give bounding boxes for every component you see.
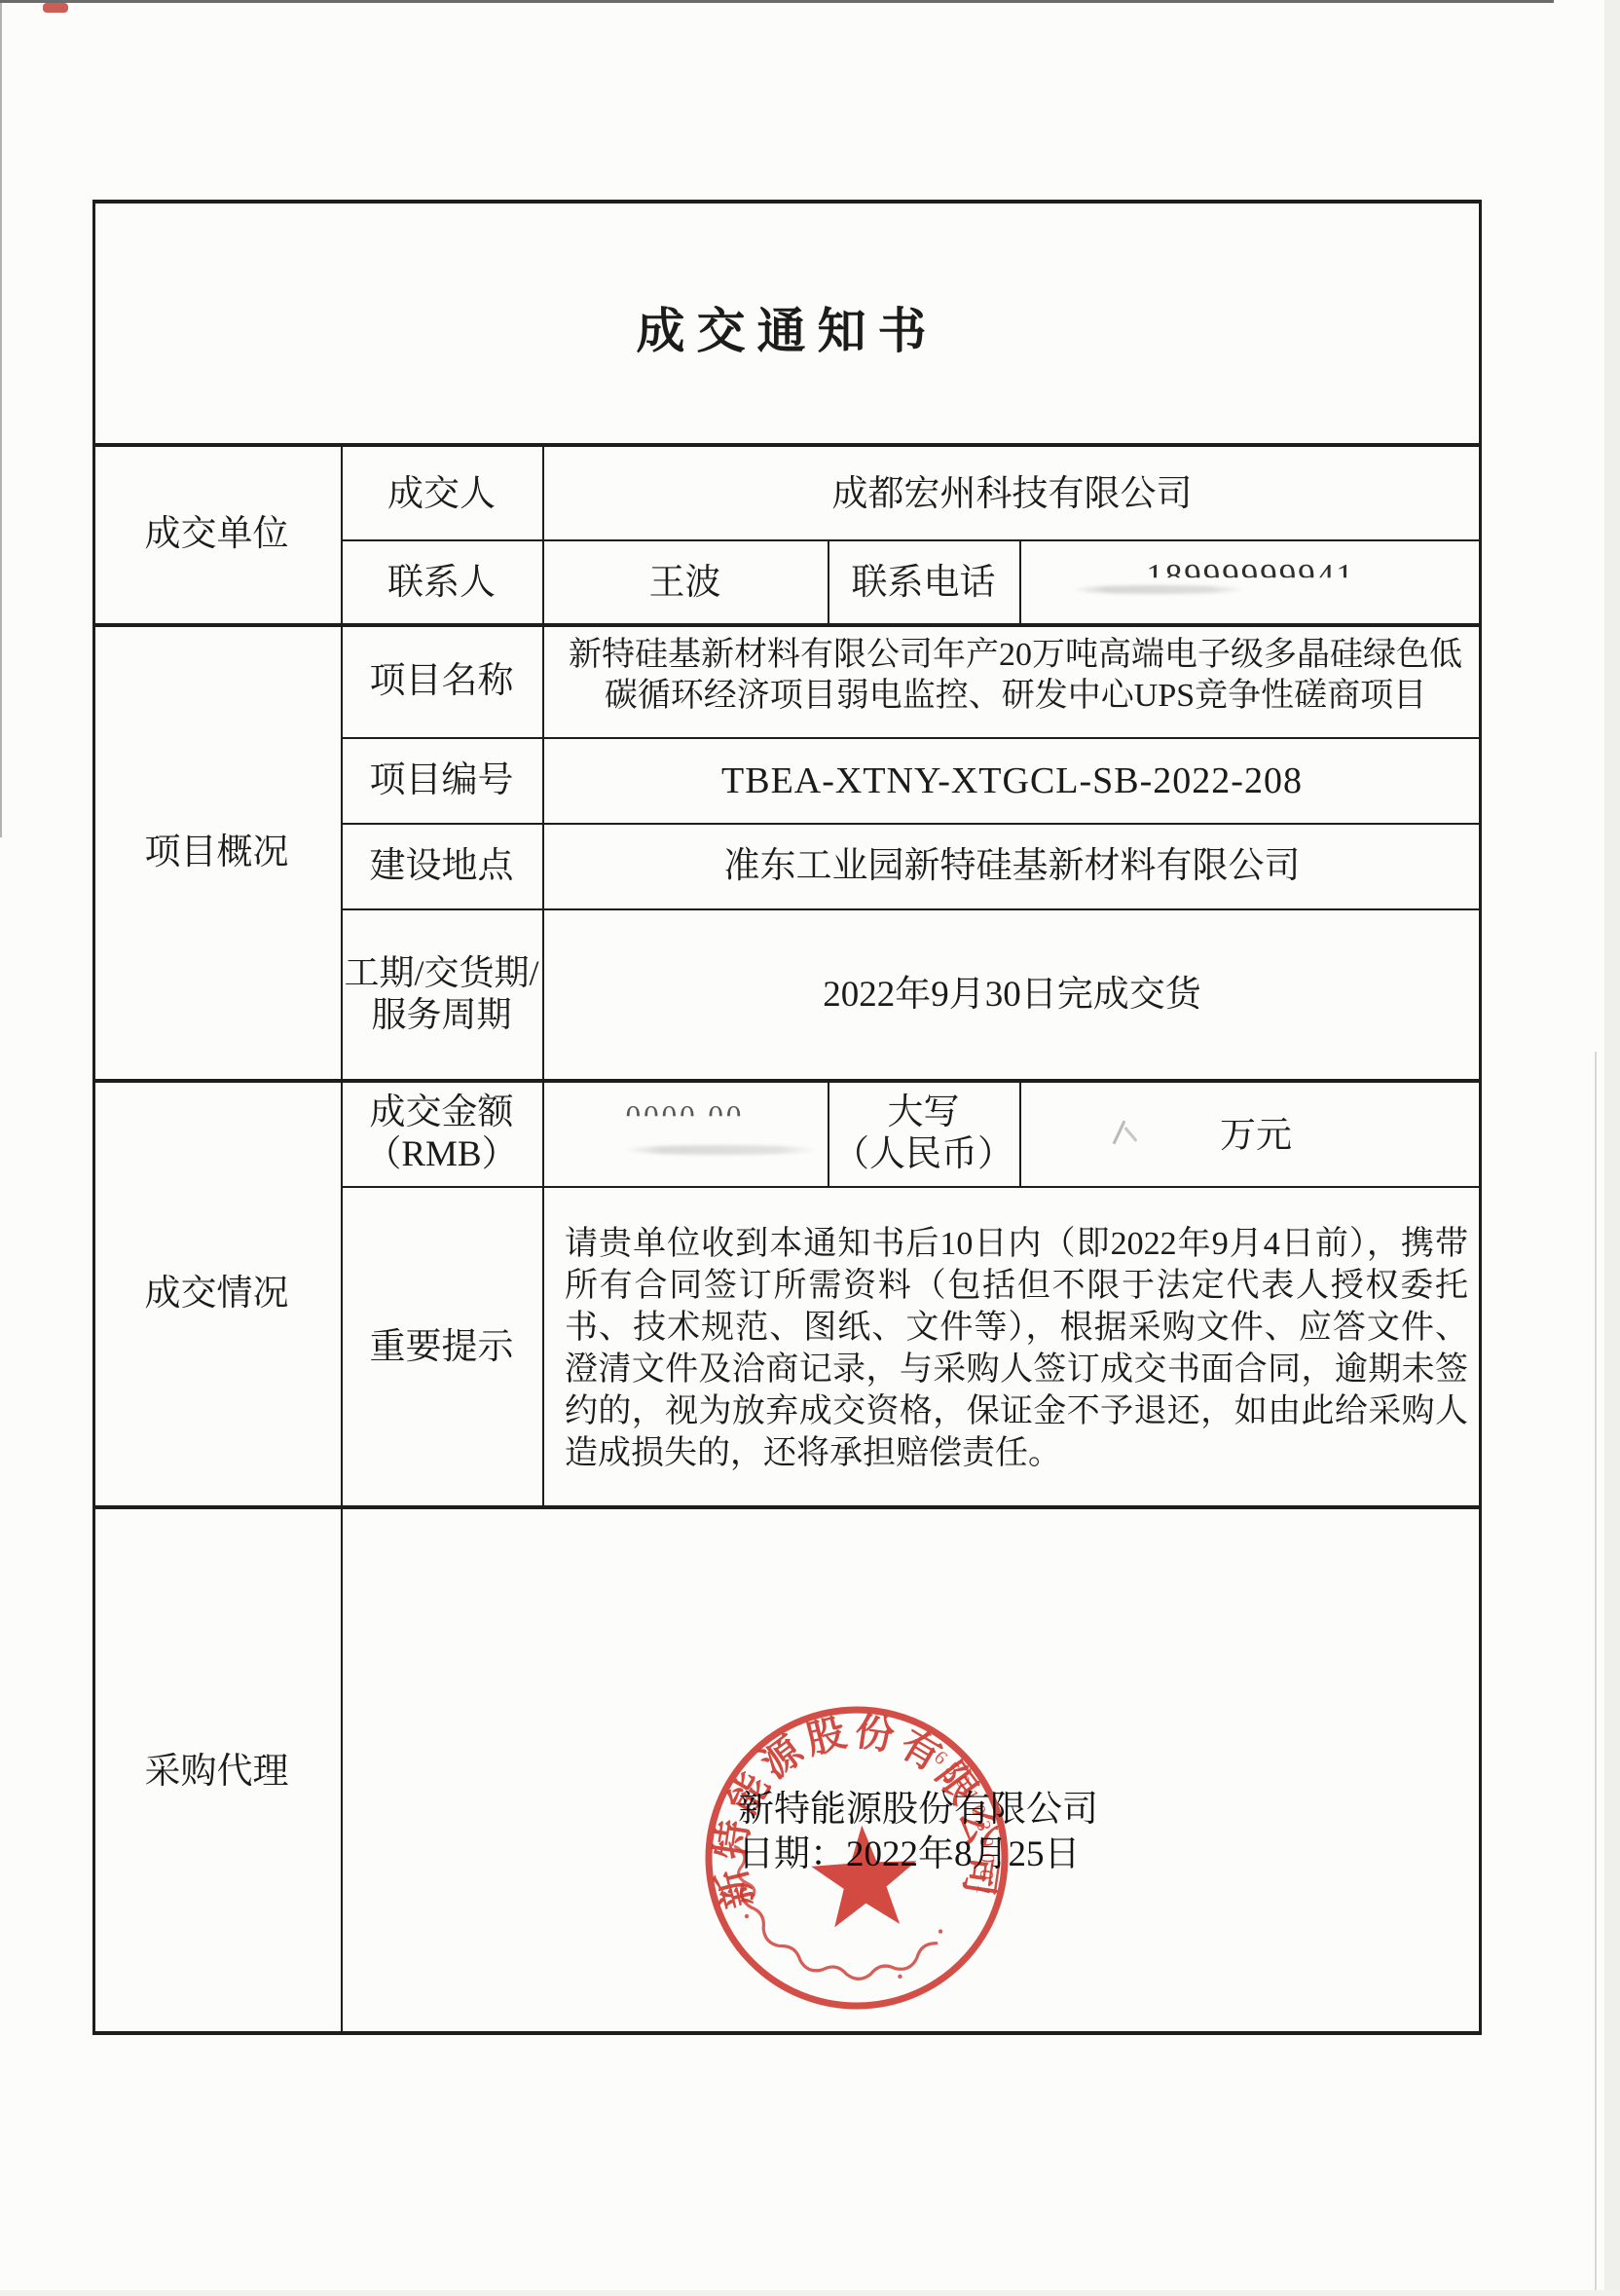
- awardee-label: 成交人: [341, 473, 542, 516]
- phone-erasure-smudge: [1071, 585, 1246, 594]
- agent-signature-date: 日期：2022年8月25日: [738, 1833, 1098, 1877]
- scan-mark-red: [43, 3, 68, 13]
- agent-signature-company: 新特能源股份有限公司: [738, 1788, 1098, 1833]
- project-name-label: 项目名称: [341, 660, 542, 703]
- site-label: 建设地点: [341, 845, 542, 888]
- group-label-deal: 成交情况: [92, 1273, 341, 1315]
- site-value: 准东工业园新特硅基新材料有限公司: [542, 845, 1482, 888]
- divider-amount-2: [1019, 1079, 1021, 1186]
- caps-label: 大写 （人民币）: [828, 1092, 1019, 1175]
- line-under-project-code: [341, 823, 1482, 825]
- seal-script-dot-3: [898, 1975, 902, 1980]
- seal-script-dot-2: [939, 1929, 943, 1934]
- project-code-value: TBEA-XTNY-XTGCL-SB-2022-208: [542, 759, 1482, 803]
- table-border-bottom: [92, 2031, 1482, 2035]
- scan-edge-bottom: [0, 2290, 1620, 2296]
- scan-line-right: [1595, 1052, 1597, 2296]
- caps-label-line2: （人民币）: [828, 1133, 1019, 1175]
- scan-edge-top: [0, 0, 1554, 3]
- notice-label: 重要提示: [341, 1326, 542, 1369]
- amount-erasure-smudge: [623, 1145, 818, 1155]
- caps-label-line1: 大写: [828, 1092, 1019, 1133]
- agent-signature-block: 新特能源股份有限公司 日期：2022年8月25日: [738, 1788, 1098, 1877]
- table-border-top: [92, 200, 1482, 204]
- seal-script-squiggle: [741, 1874, 938, 1985]
- phone-label: 联系电话: [828, 562, 1019, 605]
- seal-script-dot-1: [745, 1914, 750, 1919]
- document-title: 成交通知书: [92, 292, 1482, 362]
- divider-contact-2: [1019, 539, 1021, 623]
- period-label: 工期/交货期/ 服务周期: [335, 952, 548, 1036]
- line-under-amount: [341, 1186, 1482, 1188]
- project-name-value: 新特硅基新材料有限公司年产20万吨高端电子级多晶硅绿色低碳循环经济项目弱电监控、…: [567, 635, 1464, 717]
- line-group-deal-bottom: [92, 1505, 1482, 1509]
- contact-label: 联系人: [341, 562, 542, 605]
- line-under-title: [92, 443, 1482, 447]
- line-group-award-bottom: [92, 623, 1482, 627]
- scan-edge-left: [0, 0, 2, 837]
- group-label-award-unit: 成交单位: [92, 513, 341, 556]
- group-label-project: 项目概况: [92, 832, 341, 874]
- caps-value-visible: 万元: [1071, 1115, 1441, 1158]
- period-label-line1: 工期/交货期/: [335, 952, 548, 994]
- period-label-line2: 服务周期: [335, 994, 548, 1036]
- amount-label-line2: （RMB）: [341, 1133, 542, 1175]
- project-code-label: 项目编号: [341, 759, 542, 802]
- line-row-contact: [341, 539, 1482, 541]
- period-value: 2022年9月30日完成交货: [542, 974, 1482, 1017]
- amount-label: 成交金额 （RMB）: [341, 1092, 542, 1175]
- amount-value-redacted: 0000.00: [542, 1098, 828, 1134]
- scanned-award-notice-page: 成交通知书 成交单位 成交人 成都宏州科技有限公司 联系人 王波 联系电话 18…: [0, 0, 1620, 2296]
- contact-value: 王波: [542, 562, 828, 605]
- awardee-value: 成都宏州科技有限公司: [542, 473, 1482, 516]
- group-label-agent: 采购代理: [92, 1751, 341, 1794]
- amount-label-line1: 成交金额: [341, 1092, 542, 1133]
- line-under-project-name: [341, 737, 1482, 739]
- line-under-site: [341, 908, 1482, 910]
- notice-text: 请贵单位收到本通知书后10日内（即2022年9月4日前），携带所有合同签订所需资…: [565, 1223, 1468, 1474]
- scan-edge-right-band: [1604, 0, 1620, 2296]
- line-group-project-bottom: [92, 1079, 1482, 1083]
